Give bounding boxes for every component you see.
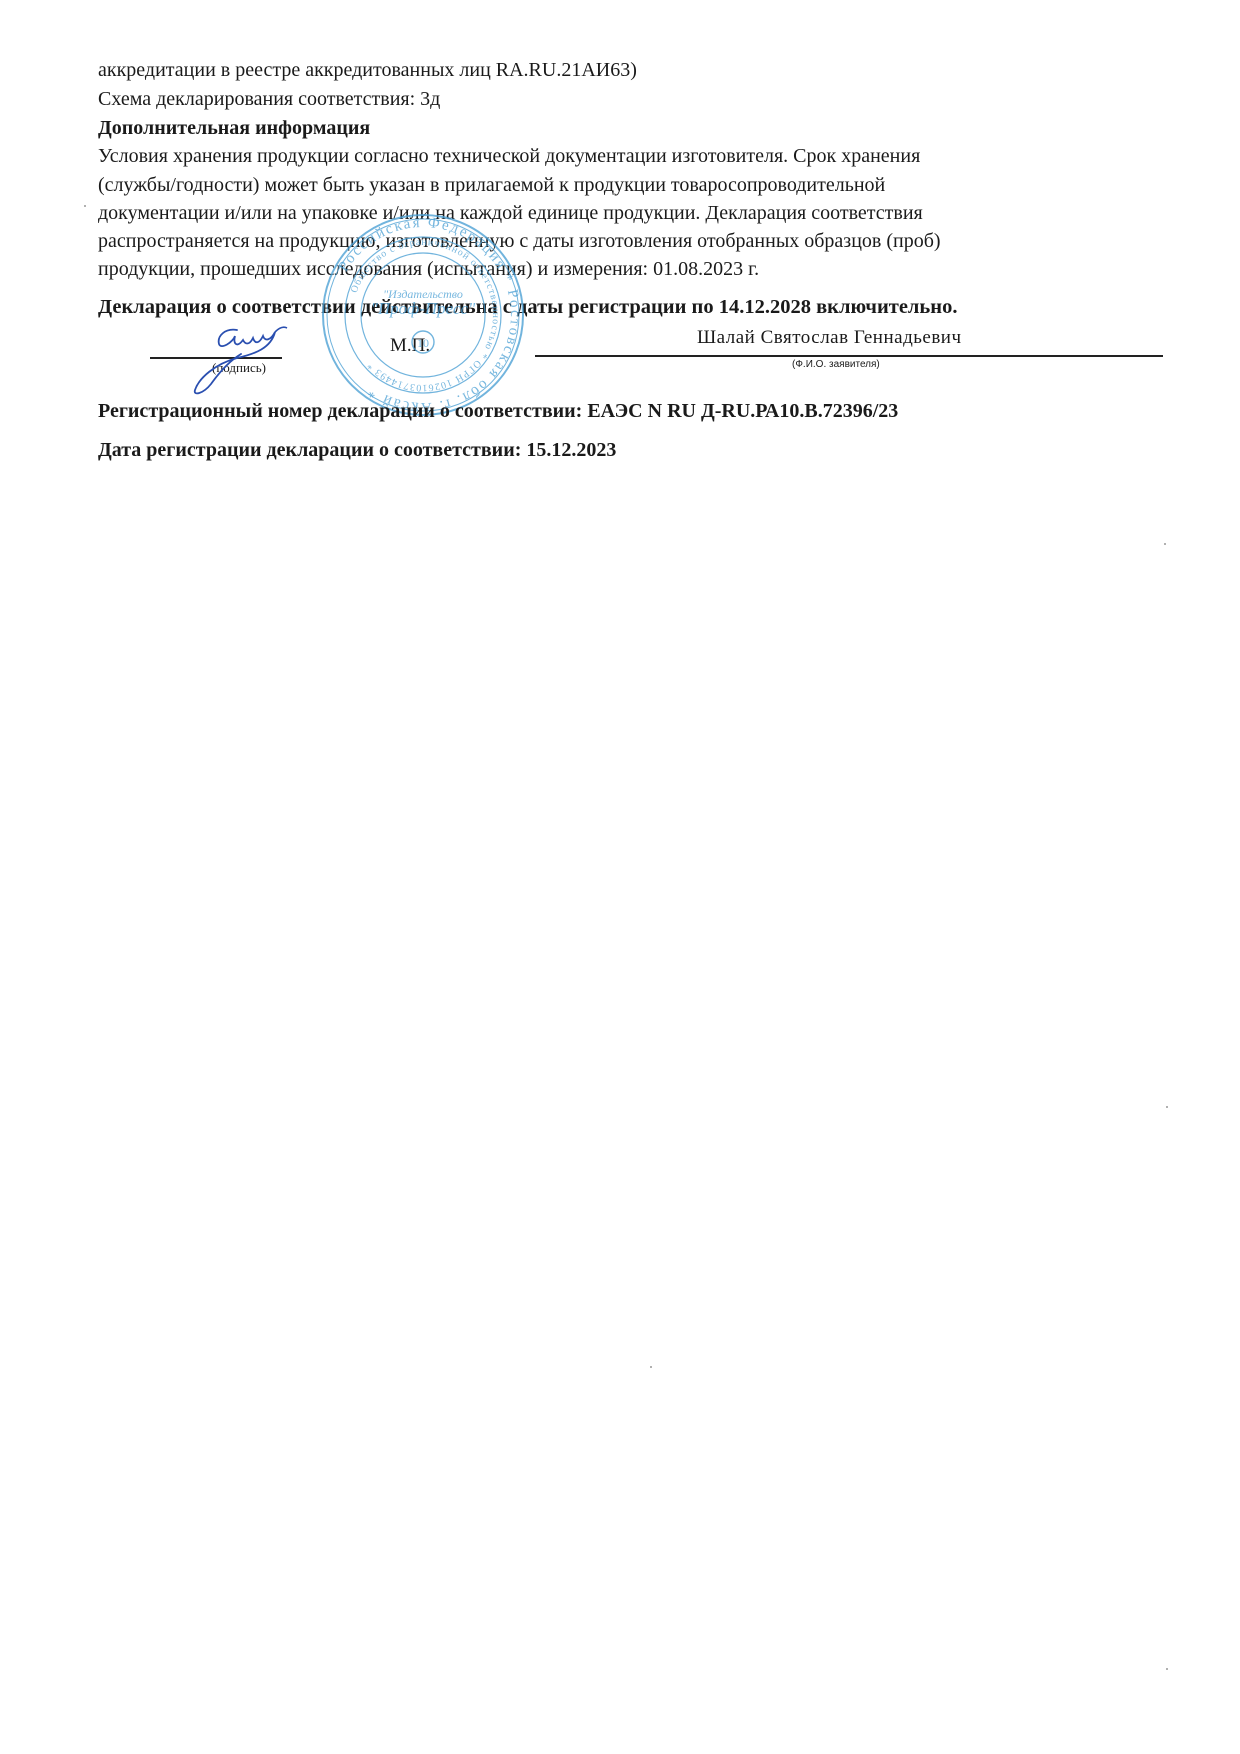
svg-text:"Проф-Пресс": "Проф-Пресс" — [371, 299, 476, 318]
accreditation-line: аккредитации в реестре аккредитованных л… — [98, 57, 637, 83]
registration-date: Дата регистрации декларации о соответств… — [98, 437, 616, 463]
scan-artifact — [84, 205, 86, 207]
paragraph-line: (службы/годности) может быть указан в пр… — [98, 172, 885, 198]
scan-artifact — [1164, 543, 1166, 545]
company-seal-stamp: Российская Федерация * Ростовская обл. г… — [318, 210, 528, 420]
registration-number: Регистрационный номер декларации о соотв… — [98, 398, 898, 424]
declaration-scheme: Схема декларирования соответствия: 3д — [98, 86, 440, 112]
scan-artifact — [1166, 1668, 1168, 1670]
applicant-caption: (Ф.И.О. заявителя) — [792, 359, 880, 370]
scan-artifact — [1166, 1106, 1168, 1108]
paragraph-line: Условия хранения продукции согласно техн… — [98, 143, 920, 169]
svg-text:10: 10 — [417, 336, 429, 350]
handwritten-signature — [175, 318, 325, 398]
applicant-name-line — [535, 355, 1163, 357]
applicant-name: Шалай Святослав Геннадьевич — [697, 325, 962, 351]
scan-artifact — [650, 1366, 652, 1368]
additional-info-heading: Дополнительная информация — [98, 115, 370, 141]
